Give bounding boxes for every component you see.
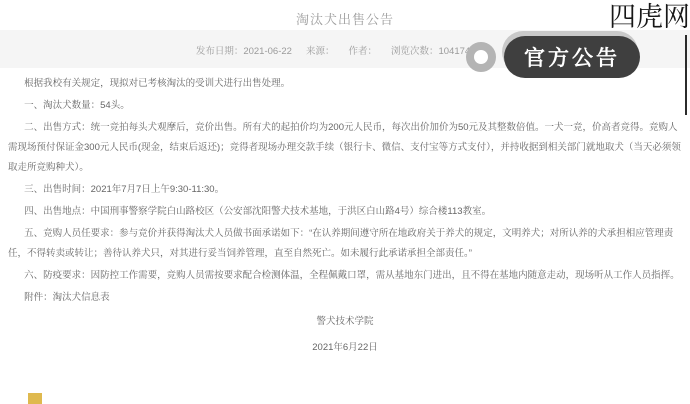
site-watermark-text: 四虎网 xyxy=(609,2,690,32)
corner-marker xyxy=(28,393,42,404)
official-badge-label: 官方公告 xyxy=(524,42,620,72)
attachment-line: 附件：淘汰犬信息表 xyxy=(8,288,682,308)
item-epidemic-rules: 六、防疫要求：因防控工作需要，竞购人员需按要求配合检测体温，全程佩戴口罩，需从基… xyxy=(8,266,682,286)
item-buyer-responsibility: 五、竞购人员任要求：参与竞价并获得淘汰犬人员做书面承诺如下：“在认养期间遵守所在… xyxy=(8,224,682,264)
item-sale-location: 四、出售地点：中国刑事警察学院白山路校区（公安部沈阳警犬技术基地，于洪区白山路4… xyxy=(8,202,682,222)
signature-date: 2021年6月22日 xyxy=(8,338,682,358)
views-label: 浏览次数： xyxy=(391,46,439,57)
announcement-body: 根据我校有关规定，现拟对已考核淘汰的受训犬进行出售处理。 一、淘汰犬数量：54头… xyxy=(0,72,690,358)
watermark-edge-line xyxy=(685,35,687,115)
signature-organization: 警犬技术学院 xyxy=(8,312,682,332)
source-label: 来源： xyxy=(306,46,335,57)
item-sale-method: 二、出售方式：统一竞拍每头犬观摩后，竞价出售。所有犬的起拍价均为200元人民币，… xyxy=(8,118,682,178)
item-dog-count: 一、淘汰犬数量：54头。 xyxy=(8,96,682,116)
author-label: 作者： xyxy=(348,46,377,57)
official-badge: 官方公告 xyxy=(504,36,640,78)
publish-date-value: 2021-06-22 xyxy=(243,46,292,57)
stamp-ring-icon xyxy=(466,42,496,72)
site-watermark: 四虎网 xyxy=(609,2,690,32)
publish-date-label: 发布日期： xyxy=(196,46,244,57)
item-sale-time: 三、出售时间：2021年7月7日上午9:30-11:30。 xyxy=(8,180,682,200)
page-title: 淘汰犬出售公告 xyxy=(0,9,690,28)
announcement-page: 四虎网 淘汰犬出售公告 发布日期：2021-06-22来源：作者：浏览次数：10… xyxy=(0,0,690,404)
